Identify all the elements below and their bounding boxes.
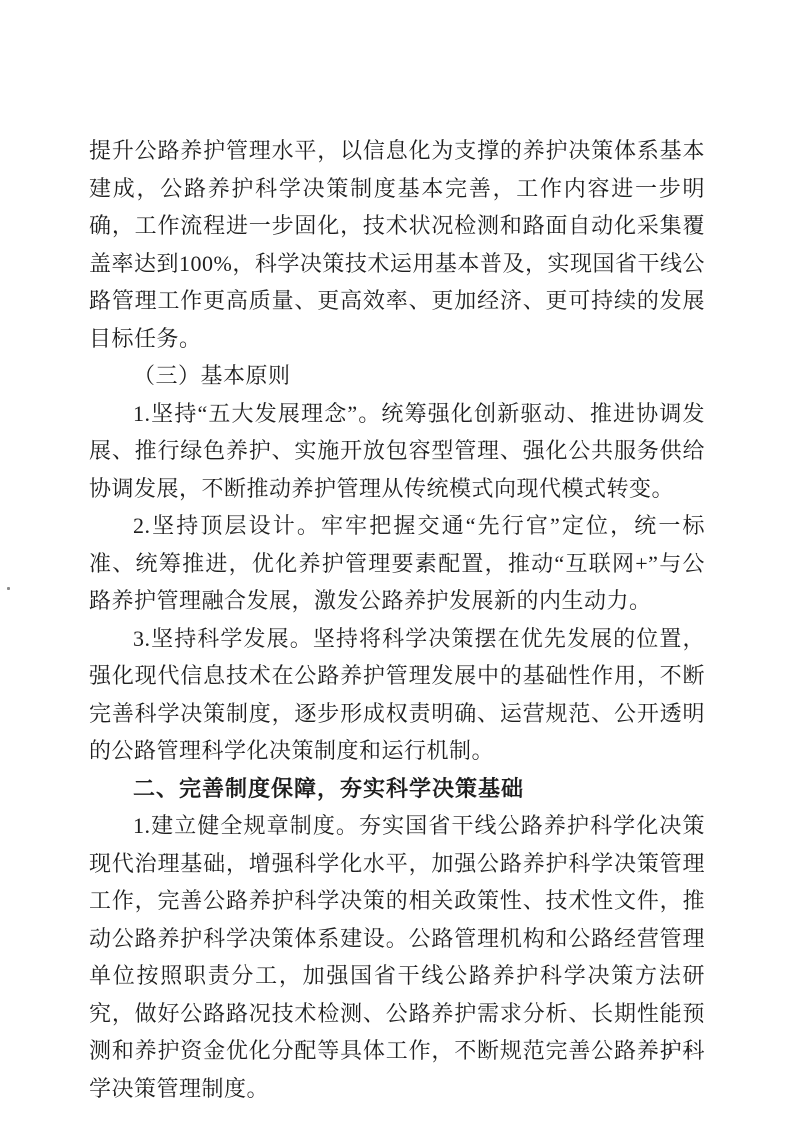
paragraph-principle-1: 1.坚持“五大发展理念”。统筹强化创新驱动、推进协调发展、推行绿色养护、实施开放… xyxy=(89,395,705,508)
page-number: – 3 – xyxy=(640,1040,700,1060)
paragraph-rules-system: 1.建立健全规章制度。夯实国省干线公路养护科学化决策现代治理基础，增强科学化水平… xyxy=(89,807,705,1107)
paragraph-goals-continuation: 提升公路养护管理水平，以信息化为支撑的养护决策体系基本建成，公路养护科学决策制度… xyxy=(89,132,705,357)
scan-artifact-speck xyxy=(7,587,10,590)
heading-section-2: 二、完善制度保障，夯实科学决策基础 xyxy=(89,770,705,808)
heading-basic-principles: （三）基本原则 xyxy=(89,357,705,395)
paragraph-principle-3: 3.坚持科学发展。坚持将科学决策摆在优先发展的位置，强化现代信息技术在公路养护管… xyxy=(89,620,705,770)
document-body: 提升公路养护管理水平，以信息化为支撑的养护决策体系基本建成，公路养护科学决策制度… xyxy=(89,132,705,1107)
paragraph-principle-2: 2.坚持顶层设计。牢牢把握交通“先行官”定位，统一标准、统筹推进，优化养护管理要… xyxy=(89,507,705,620)
document-page: 提升公路养护管理水平，以信息化为支撑的养护决策体系基本建成，公路养护科学决策制度… xyxy=(0,0,793,1123)
